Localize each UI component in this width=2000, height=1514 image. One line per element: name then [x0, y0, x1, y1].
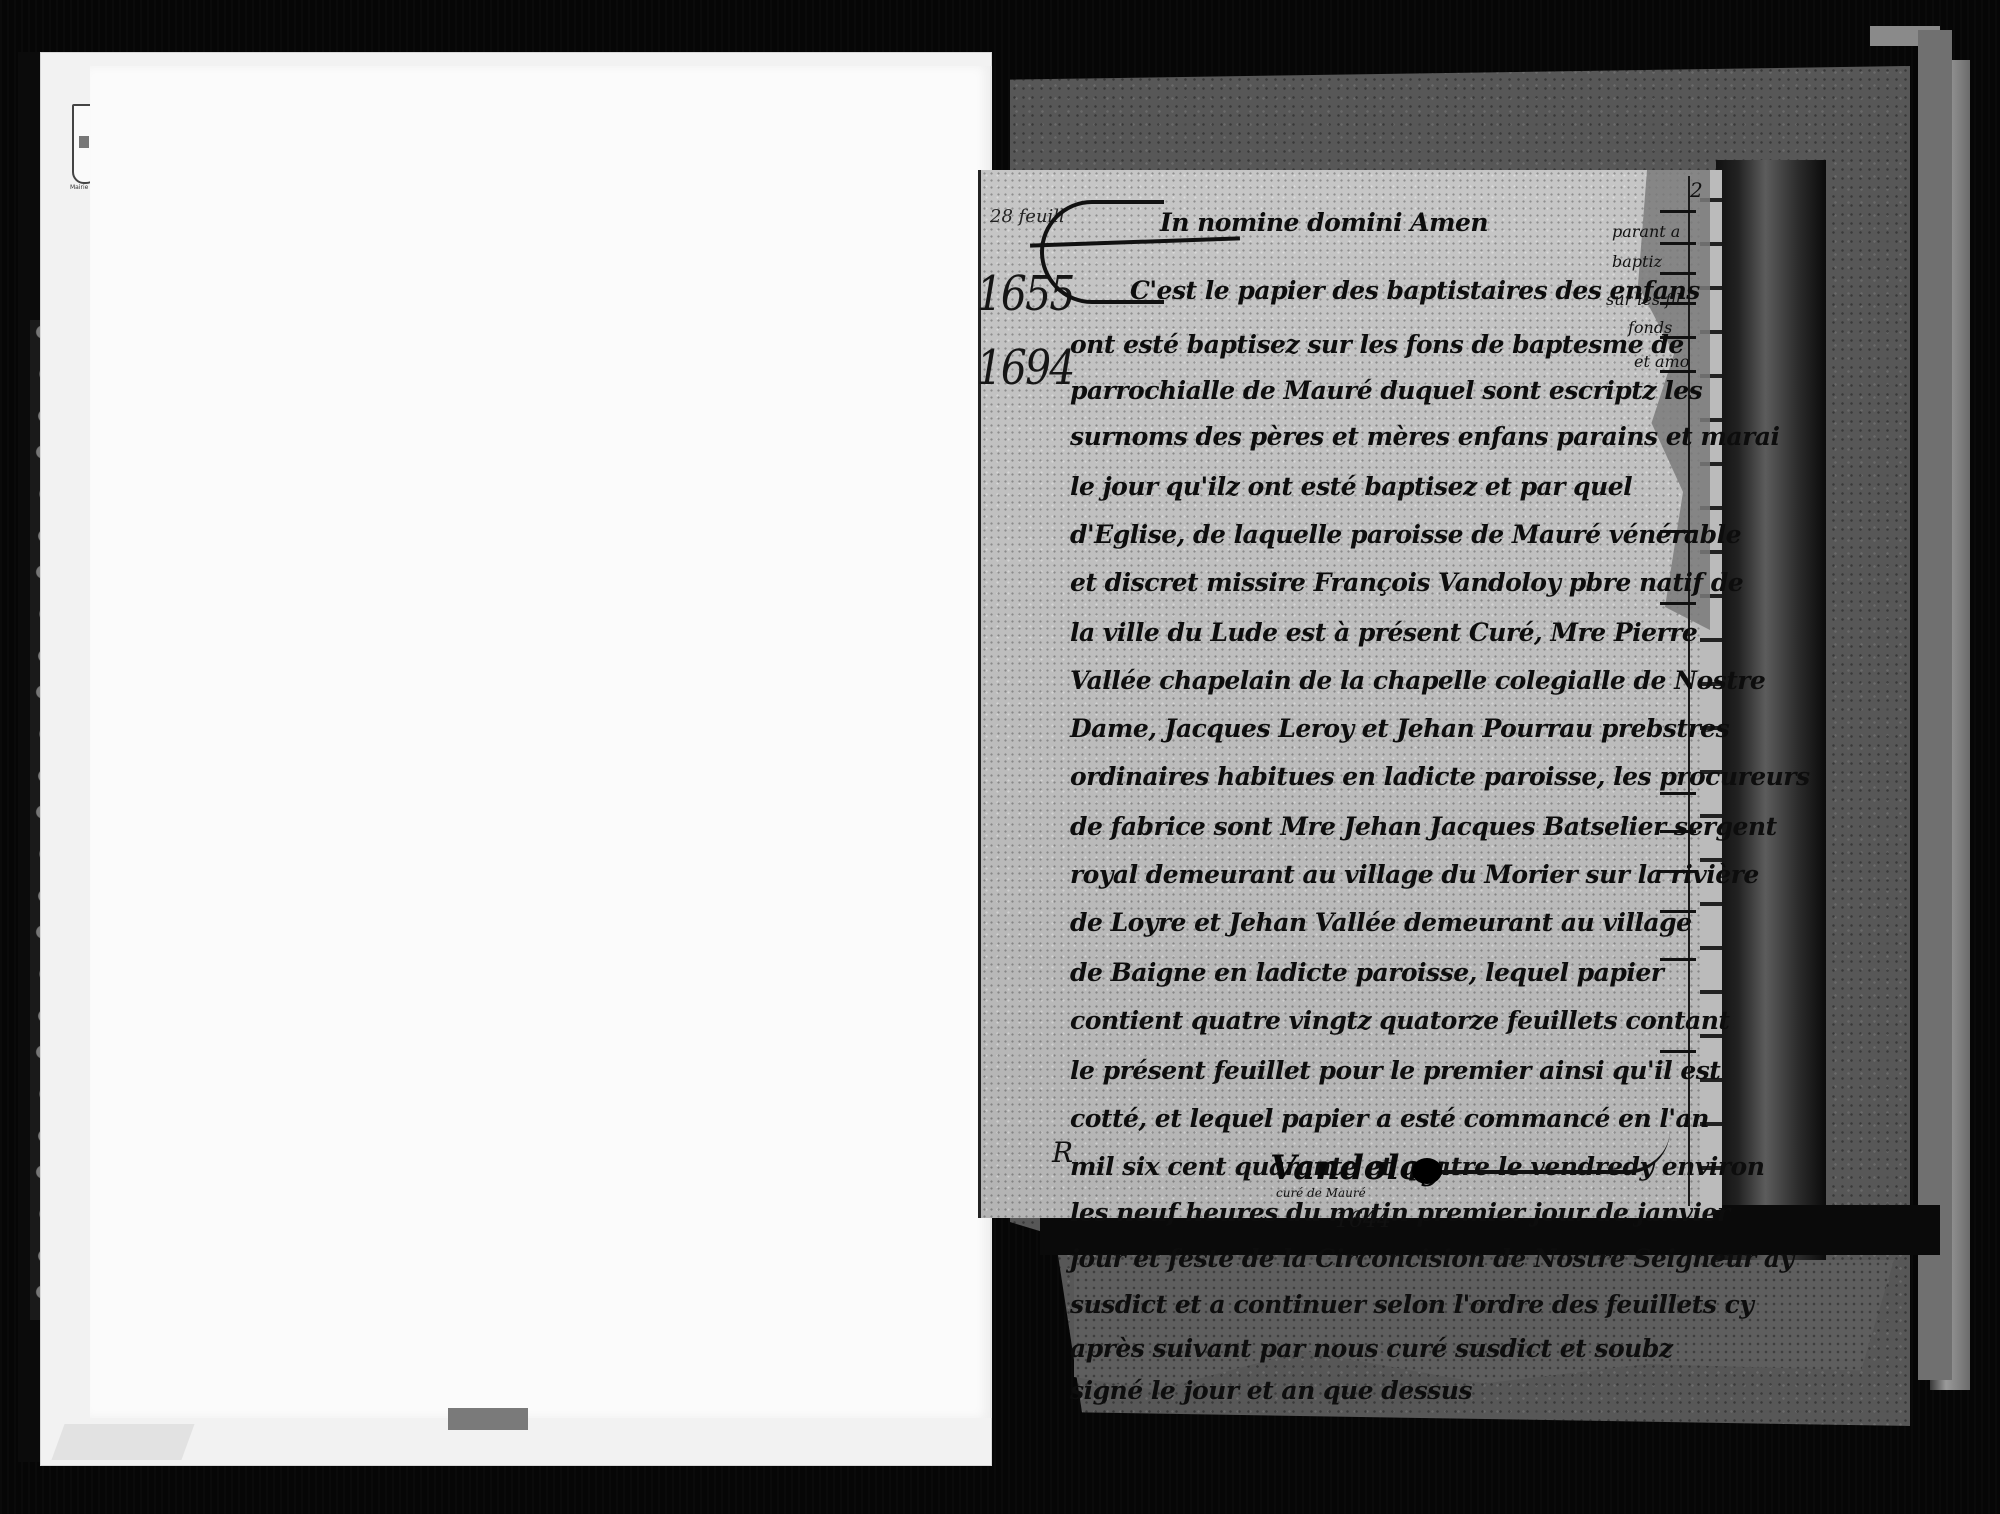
- folio-number: 2: [1690, 178, 1703, 202]
- text-line: royal demeurant au village du Morier sur…: [1070, 860, 1759, 889]
- folded-corner: [51, 1424, 194, 1460]
- text-line: parrochialle de Mauré duquel sont escrip…: [1070, 376, 1702, 405]
- text-line: ont esté baptisez sur les fons de baptes…: [1070, 330, 1684, 359]
- text-line: d'Eglise, de laquelle paroisse de Mauré …: [1070, 520, 1741, 549]
- text-line: de fabrice sont Mre Jehan Jacques Batsel…: [1070, 812, 1777, 841]
- text-line: la ville du Lude est à présent Curé, Mre…: [1070, 618, 1697, 647]
- margin-fragment: sur les fil: [1606, 290, 1681, 309]
- margin-fragment: et amo: [1634, 352, 1689, 371]
- text-line: ordinaires habitues en ladicte paroisse,…: [1070, 762, 1810, 791]
- text-line: contient quatre vingtz quatorze feuillet…: [1070, 1006, 1729, 1035]
- text-line: susdict et a continuer selon l'ordre des…: [1070, 1290, 1753, 1319]
- margin-year-end: 1694: [977, 340, 1074, 396]
- text-line: et discret missire François Vandoloy pbr…: [1070, 568, 1743, 597]
- margin-fragment: fonds: [1628, 318, 1672, 337]
- text-line: In nomine domini Amen: [1160, 208, 1488, 237]
- margin-fragment: baptiz: [1612, 252, 1662, 271]
- signature-year: 1644: [1335, 1208, 1391, 1233]
- text-line: Dame, Jacques Leroy et Jehan Pourrau pre…: [1070, 714, 1729, 743]
- blank-guard-sheet: [90, 66, 992, 1418]
- paraph-mark: R: [1052, 1136, 1073, 1169]
- text-line: les neuf heures du matin premier jour de…: [1070, 1198, 1730, 1227]
- signature-flourish: [1440, 1130, 1670, 1174]
- ink-blot: [1412, 1158, 1442, 1184]
- spine-shadow: [1716, 160, 1826, 1260]
- text-line: après suivant par nous curé susdict et s…: [1070, 1334, 1673, 1363]
- text-line: le présent feuillet pour le premier ains…: [1070, 1056, 1720, 1085]
- text-line: de Loyre et Jehan Vallée demeurant au vi…: [1070, 908, 1692, 937]
- text-line: jour et feste de la Circoncision de Nost…: [1070, 1244, 1794, 1273]
- text-line: Vallée chapelain de la chapelle colegial…: [1070, 666, 1765, 695]
- text-line: signé le jour et an que dessus: [1070, 1376, 1472, 1405]
- text-line: le jour qu'ilz ont esté baptisez et par …: [1070, 472, 1632, 501]
- margin-fragment: parant a: [1612, 222, 1680, 241]
- stamp-caption: Mairie: [70, 184, 88, 191]
- bottom-tab: [448, 1408, 528, 1430]
- binding-strip: [1918, 30, 1952, 1380]
- signature-title: curé de Mauré: [1276, 1186, 1366, 1200]
- text-line: surnoms des pères et mères enfans parain…: [1070, 422, 1779, 451]
- text-line: cotté, et lequel papier a esté commancé …: [1070, 1104, 1709, 1133]
- text-line: de Baigne en ladicte paroisse, lequel pa…: [1070, 958, 1663, 987]
